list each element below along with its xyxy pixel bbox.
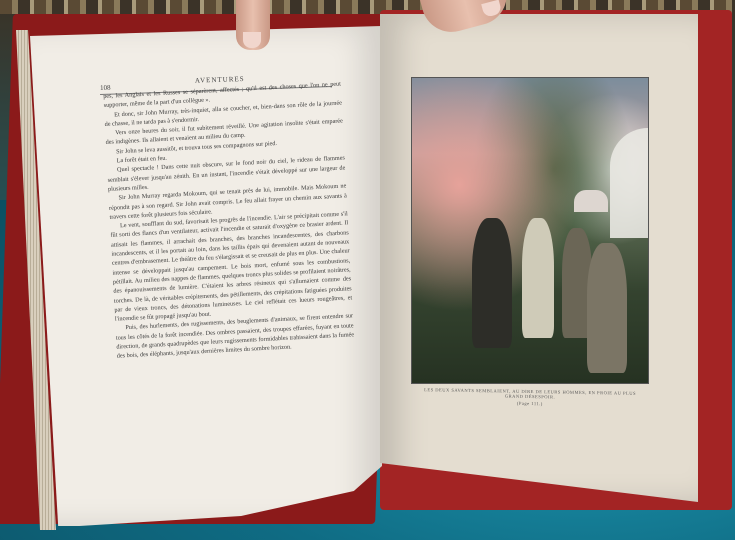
wagon-cover [610, 128, 648, 238]
fingernail [481, 0, 502, 18]
wagon-cover [574, 190, 608, 212]
body-text: pes, les Anglais et les Russes se séparè… [103, 80, 355, 362]
fingernail [243, 32, 261, 48]
paragraph: Le vent, soufflant du sud, favorisait le… [110, 210, 353, 325]
figure-man [472, 218, 512, 348]
figure-man [587, 243, 627, 373]
figure-man [522, 218, 554, 338]
running-head-title: AVENTURES [195, 75, 245, 85]
finger [236, 0, 270, 50]
illustration-plate [411, 77, 649, 384]
